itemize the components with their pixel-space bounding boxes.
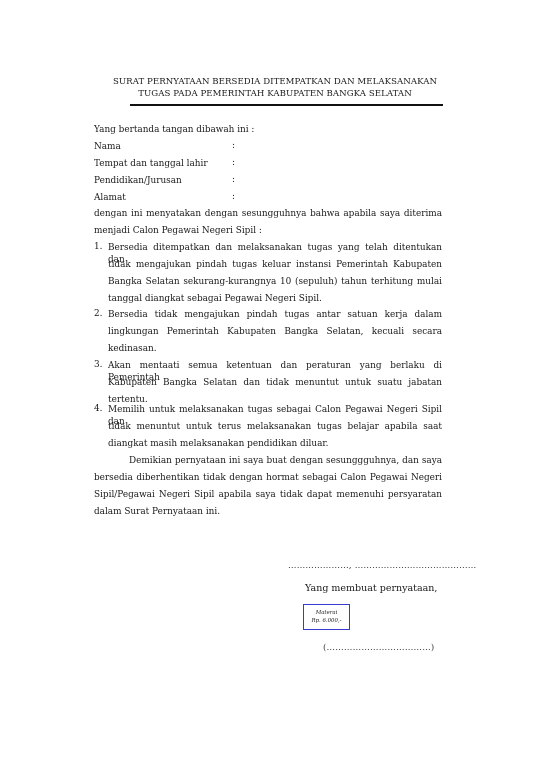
document-title-line1: SURAT PERNYATAAN BERSEDIA DITEMPATKAN DA…: [0, 77, 550, 87]
closing-line: dalam Surat Pernyataan ini.: [94, 506, 220, 518]
field-separator: :: [232, 175, 235, 185]
stamp-value: Rp. 6.000,-: [304, 617, 349, 625]
field-separator: :: [232, 141, 235, 151]
field-separator: :: [232, 192, 235, 202]
closing-line: Sipil/Pegawai Negeri Sipil apabila saya …: [94, 489, 442, 501]
field-separator: :: [232, 158, 235, 168]
list-number: 4.: [94, 404, 102, 414]
intro-text: Yang bertanda tangan dibawah ini :: [94, 124, 254, 136]
field-label-nama: Nama: [94, 141, 121, 153]
list-item-line: Bersedia tidak mengajukan pindah tugas a…: [108, 309, 442, 321]
statement-line: dengan ini menyatakan dengan sesungguhny…: [94, 208, 442, 220]
list-item-line: lingkungan Pemerintah Kabupaten Bangka S…: [108, 326, 442, 338]
list-item-line: Bangka Selatan sekurang-kurangnya 10 (se…: [108, 276, 442, 288]
list-item-line: kedinasan.: [108, 343, 442, 355]
stamp-label: Materai: [304, 609, 349, 617]
signer-name-placeholder: (………………………………): [323, 643, 434, 653]
list-number: 3.: [94, 360, 102, 370]
list-item-line: Kabupaten Bangka Selatan dan tidak menun…: [108, 377, 442, 389]
list-item-line: tanggal diangkat sebagai Pegawai Negeri …: [108, 293, 442, 305]
list-item-line: diangkat masih melaksanakan pendidikan d…: [108, 438, 442, 450]
place-date-line: …………………, ……………………………………: [288, 561, 477, 571]
duty-stamp-box: Materai Rp. 6.000,-: [303, 604, 350, 630]
statement-line: menjadi Calon Pegawai Negeri Sipil :: [94, 225, 262, 237]
field-label-pendidikan: Pendidikan/Jurusan: [94, 175, 182, 187]
field-label-alamat: Alamat: [94, 192, 126, 204]
title-underline: [130, 104, 443, 106]
list-number: 2.: [94, 309, 102, 319]
field-label-tempat-tanggal-lahir: Tempat dan tanggal lahir: [94, 158, 208, 170]
list-item-line: tidak menuntut untuk terus melaksanakan …: [108, 421, 442, 433]
document-title-line2: TUGAS PADA PEMERINTAH KABUPATEN BANGKA S…: [0, 89, 550, 99]
list-item-line: tidak mengajukan pindah tugas keluar ins…: [108, 259, 442, 271]
list-number: 1.: [94, 242, 102, 252]
signature-label: Yang membuat pernyataan,: [305, 583, 437, 594]
closing-line: Demikian pernyataan ini saya buat dengan…: [129, 455, 442, 467]
closing-line: bersedia diberhentikan tidak dengan horm…: [94, 472, 442, 484]
